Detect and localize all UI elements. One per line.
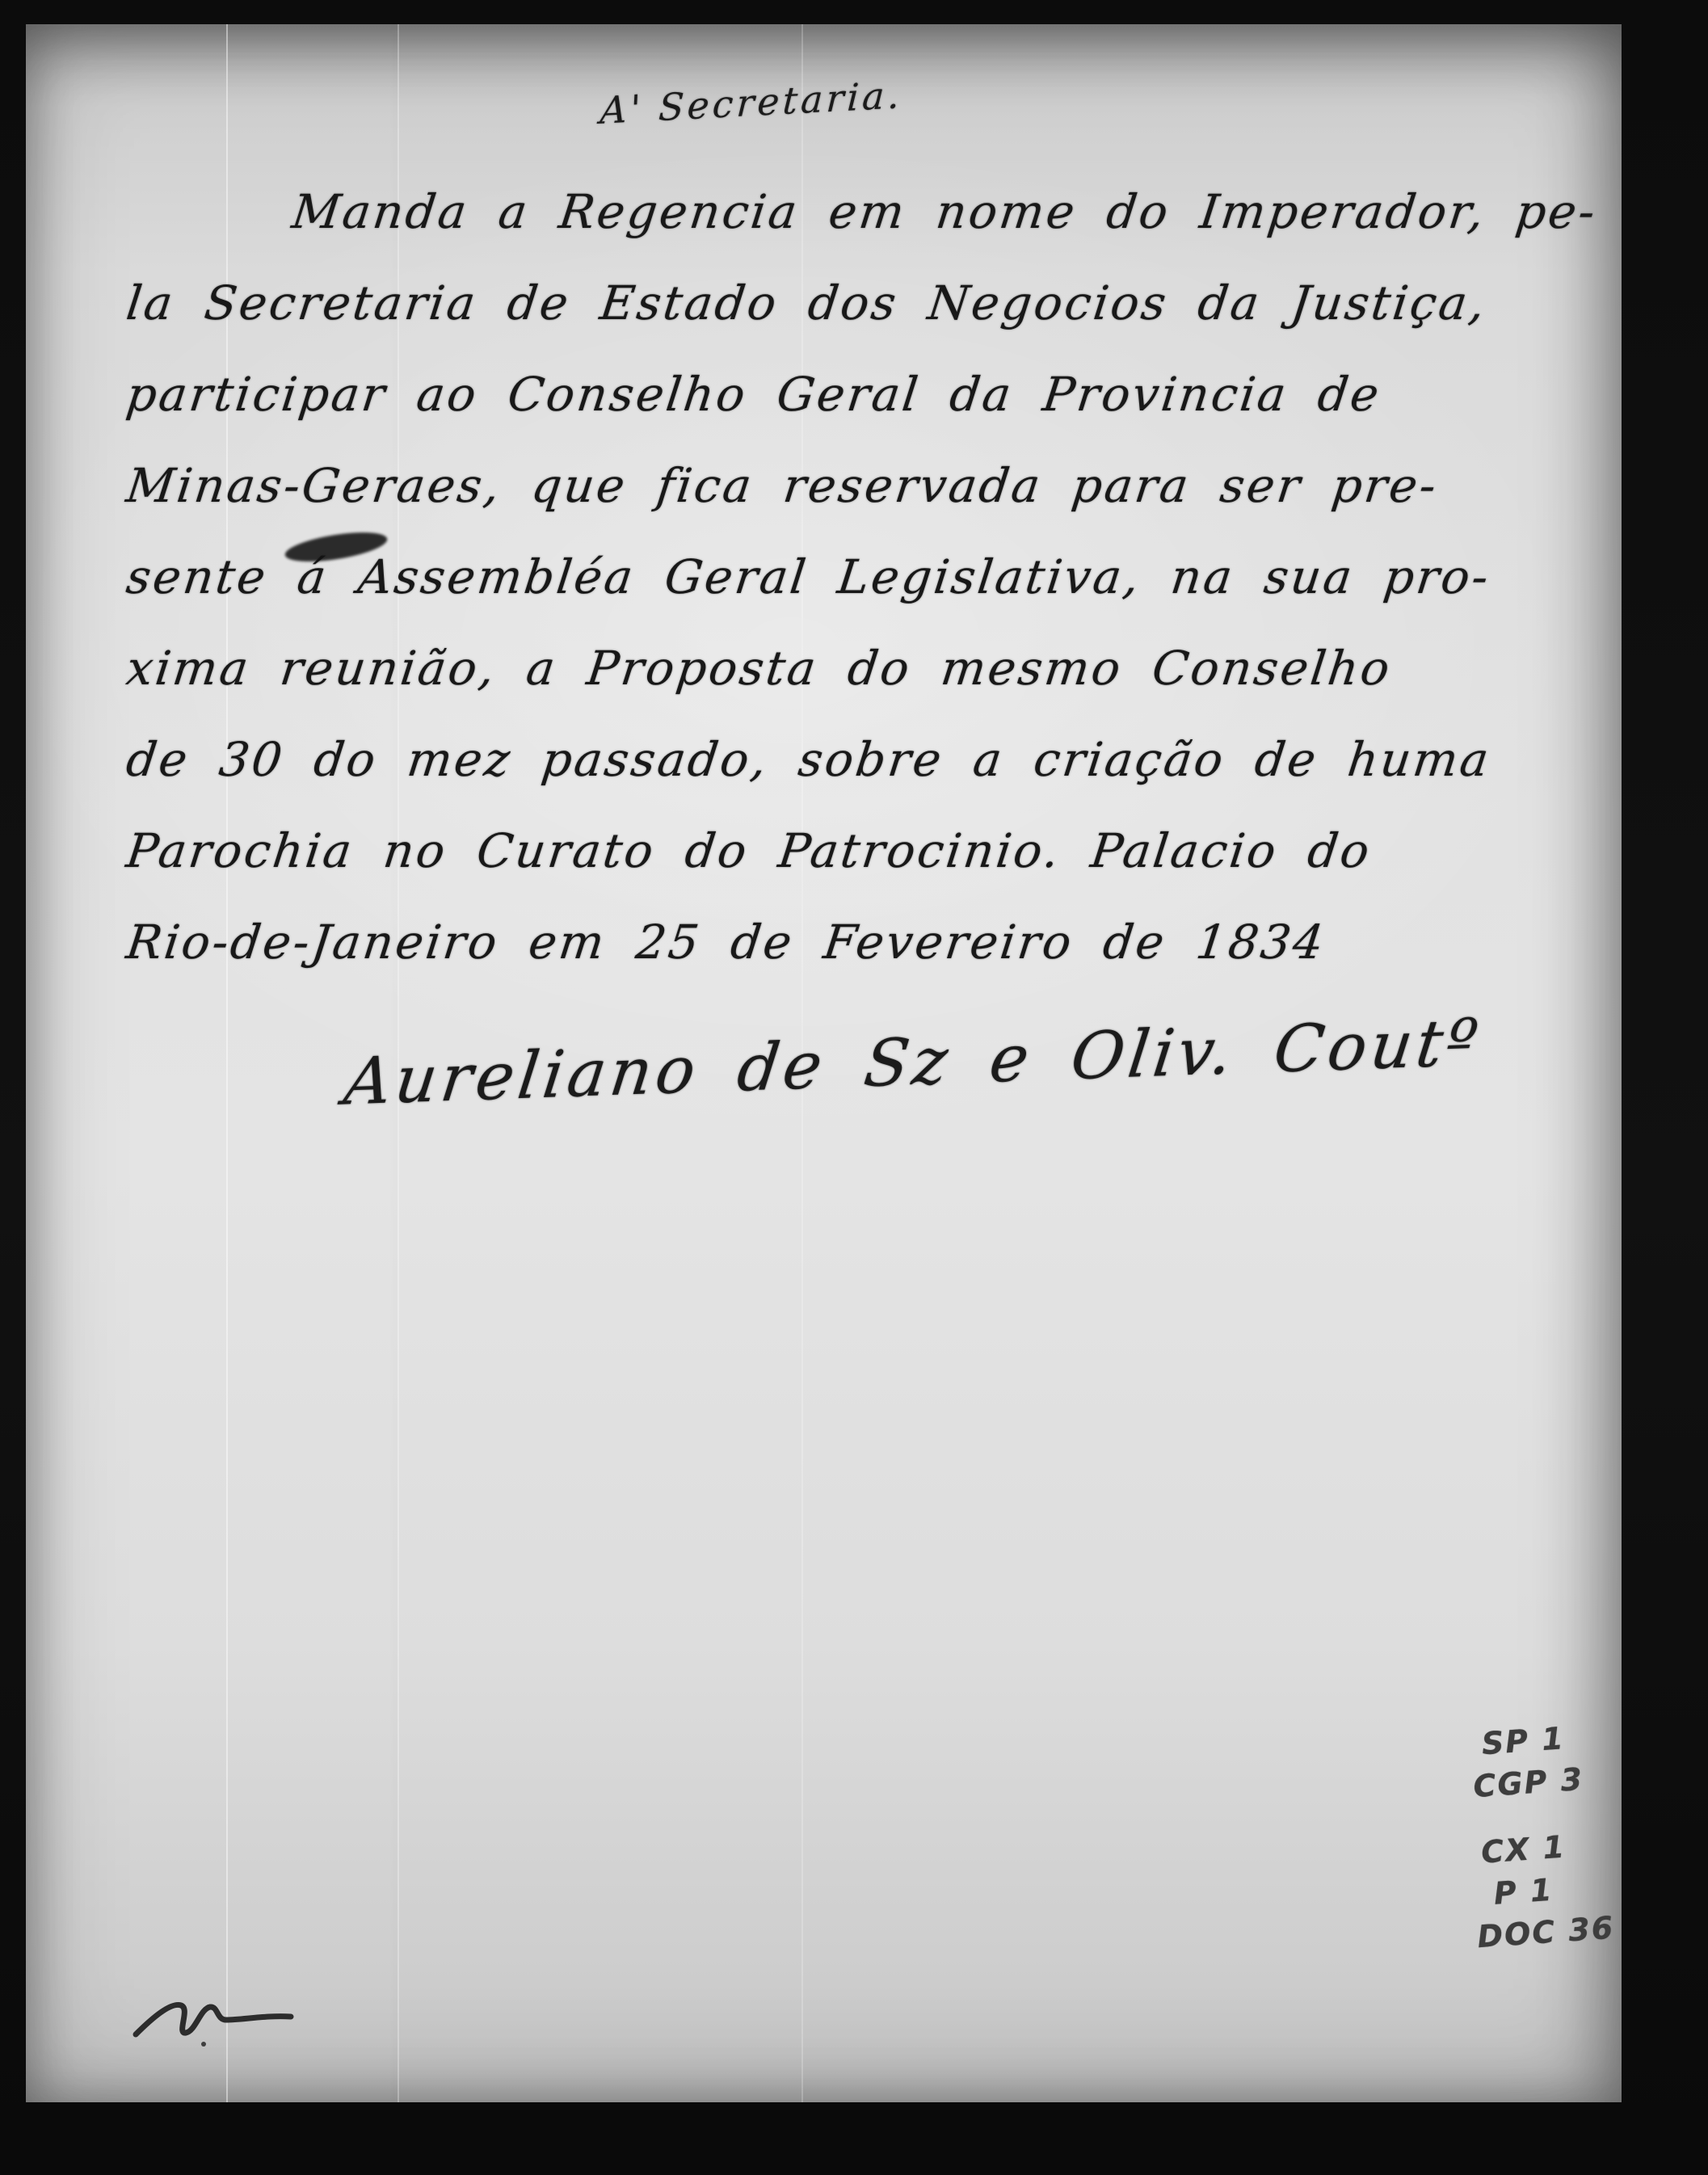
body-line: Parochia no Curato do Patrocinio. Palaci… <box>121 806 1619 897</box>
archive-reference-block: SP 1 CGP 3 CX 1 P 1 DOC 36 <box>1469 1709 1695 1957</box>
body-line: participar ao Conselho Geral da Provinci… <box>121 349 1619 440</box>
body-line: Manda a Regencia em nome do Imperador, p… <box>121 166 1619 258</box>
body-line: Rio-de-Janeiro em 25 de Fevereiro de 183… <box>121 897 1619 988</box>
body-line: Minas-Geraes, que fica reservada para se… <box>121 440 1619 532</box>
body-line: de 30 do mez passado, sobre a criação de… <box>121 714 1619 806</box>
paraph-mark <box>129 1984 299 2057</box>
document-body: Manda a Regencia em nome do Imperador, p… <box>121 166 1608 988</box>
body-line: xima reunião, a Proposta do mesmo Consel… <box>121 623 1619 714</box>
body-line: la Secretaria de Estado dos Negocios da … <box>121 258 1619 349</box>
scanned-document: A' Secretaria. Manda a Regencia em nome … <box>0 0 1708 2175</box>
